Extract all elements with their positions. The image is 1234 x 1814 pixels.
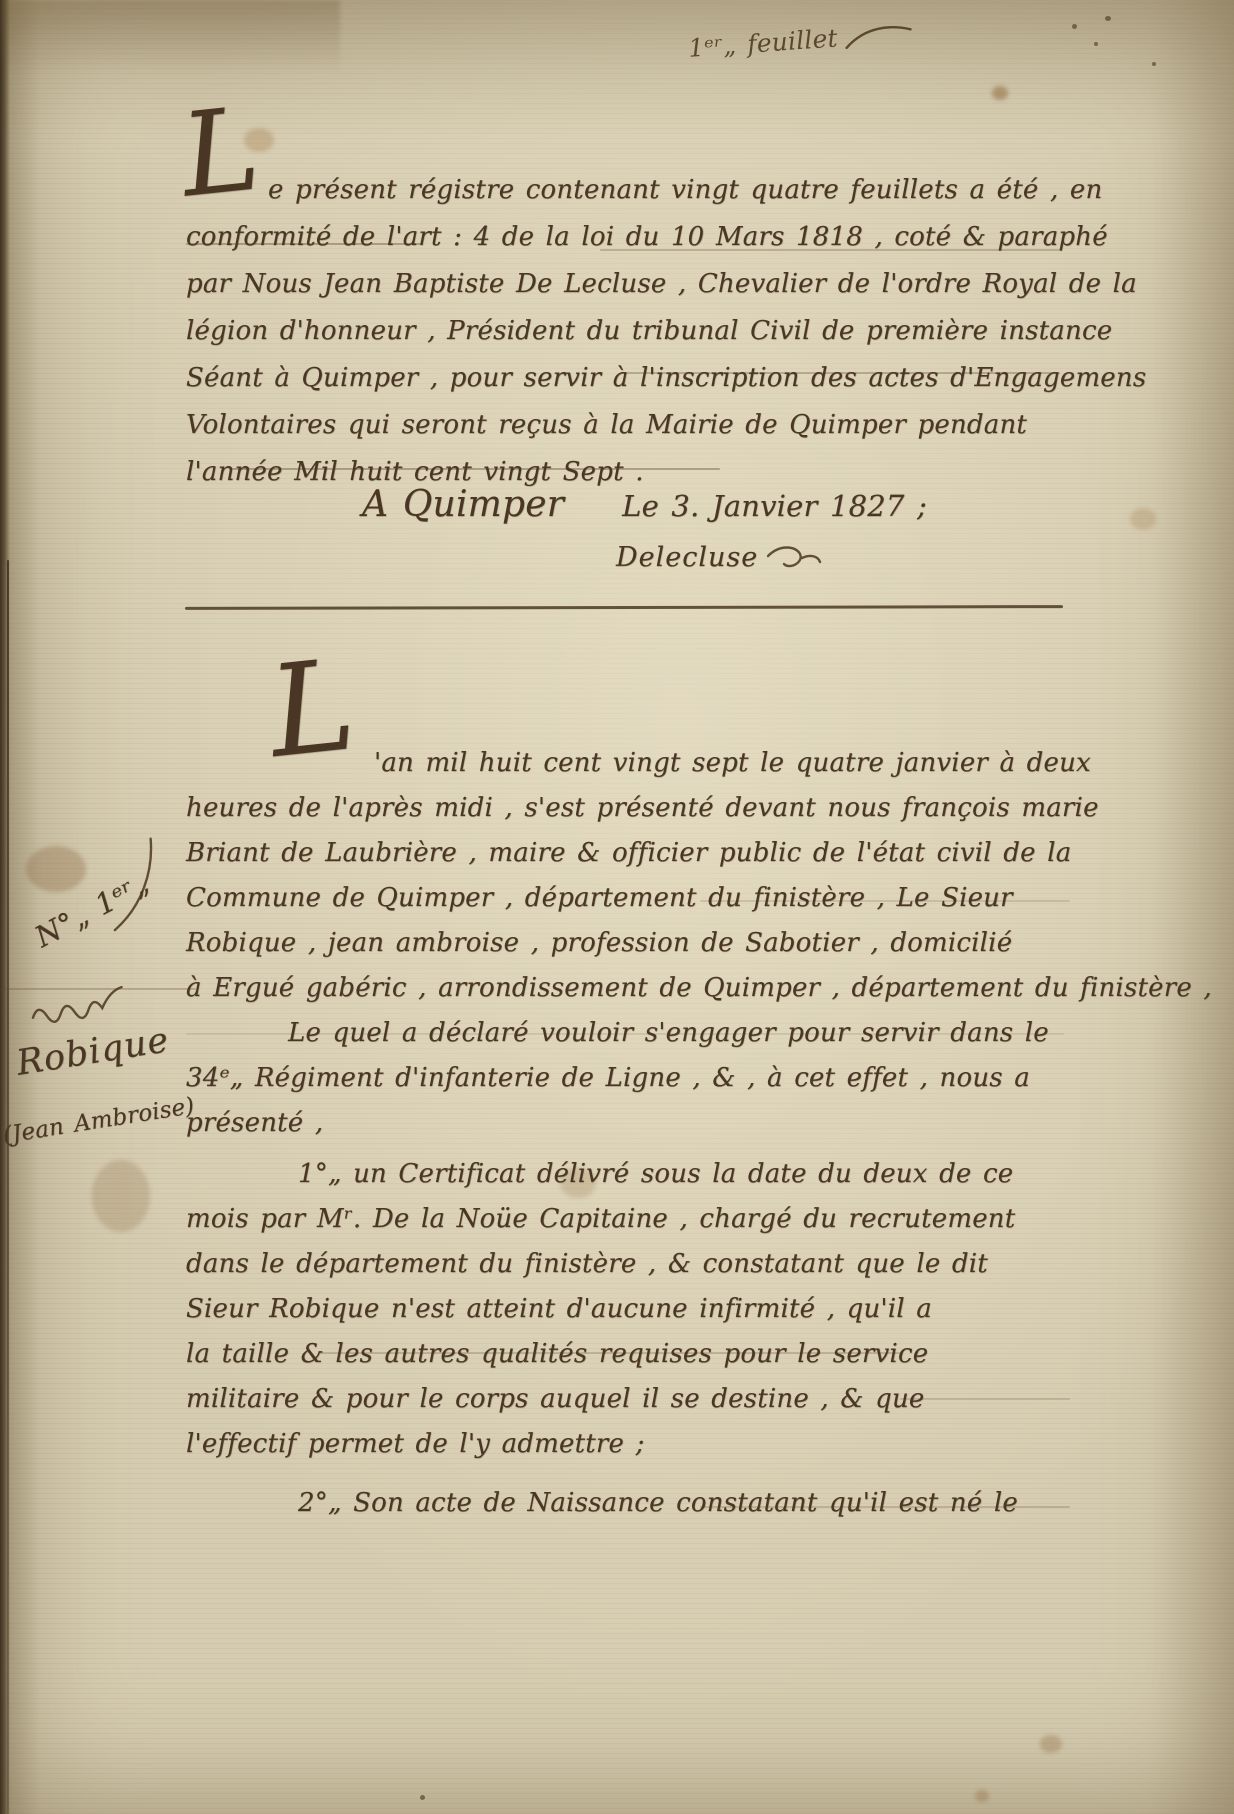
margin-entry-forename: (Jean Ambroise) [1, 1093, 196, 1149]
manuscript-line: par Nous Jean Baptiste De Lecluse , Chev… [186, 262, 1146, 309]
paper-speck [1105, 16, 1111, 21]
paper-speck [420, 1795, 425, 1800]
manuscript-line: 2°„ Son acte de Naissance constatant qu'… [186, 1482, 1212, 1527]
manuscript-line: Le quel a déclaré vouloir s'engager pour… [186, 1012, 1212, 1057]
paper-stain [92, 1160, 150, 1232]
signature-paraph-icon [766, 540, 822, 574]
paper-speck [1152, 62, 1156, 66]
manuscript-line: mois par Mʳ. De la Noüe Capitaine , char… [186, 1198, 1212, 1243]
folio-swash-icon [843, 21, 915, 52]
paper-stain [992, 86, 1008, 100]
manuscript-line: 1°„ un Certificat délivré sous la date d… [186, 1153, 1212, 1198]
manuscript-line: Séant à Quimper , pour servir à l'inscri… [186, 356, 1146, 403]
dateline: A Quimper Le 3. Janvier 1827 ; [362, 484, 927, 525]
paper-speck [1094, 42, 1098, 46]
folio-label-text: 1ᵉʳ„ feuillet [687, 23, 838, 62]
manuscript-line: la taille & les autres qualités requises… [186, 1333, 1212, 1378]
manuscript-line: à Ergué gabéric , arrondissement de Quim… [186, 967, 1212, 1012]
act-paragraph: L 'an mil huit cent vingt sept le quatre… [186, 742, 1212, 1527]
certification-paragraph: L e présent régistre contenant vingt qua… [186, 168, 1146, 497]
paper-stain [975, 1790, 989, 1802]
manuscript-line: dans le département du finistère , & con… [186, 1243, 1212, 1288]
manuscript-line: conformité de l'art : 4 de la loi du 10 … [186, 215, 1146, 262]
manuscript-page: 1ᵉʳ„ feuillet L e présent régistre conte… [0, 0, 1234, 1814]
manuscript-line: Sieur Robique n'est atteint d'aucune inf… [186, 1288, 1212, 1333]
paper-stain [0, 0, 340, 72]
manuscript-line: heures de l'après midi , s'est présenté … [186, 787, 1212, 832]
manuscript-line: légion d'honneur , Président du tribunal… [186, 309, 1146, 356]
manuscript-line: Briant de Laubrière , maire & officier p… [186, 832, 1212, 877]
dateline-date: Le 3. Janvier 1827 ; [622, 489, 927, 523]
manuscript-line: présenté , [186, 1102, 1212, 1147]
manuscript-line: Robique , jean ambroise , profession de … [186, 922, 1212, 967]
paper-stain [1130, 508, 1156, 530]
paper-stain [1040, 1735, 1062, 1753]
signature: Delecluse [616, 542, 758, 573]
signature-row: Delecluse [616, 540, 822, 574]
manuscript-line: Commune de Quimper , département du fini… [186, 877, 1212, 922]
dateline-place: A Quimper [362, 484, 564, 525]
manuscript-line: 'an mil huit cent vingt sept le quatre j… [186, 742, 1212, 787]
paper-stain [26, 846, 86, 892]
manuscript-line: militaire & pour le corps auquel il se d… [186, 1378, 1212, 1423]
manuscript-line: e présent régistre contenant vingt quatr… [186, 168, 1146, 215]
section-divider [185, 605, 1063, 610]
manuscript-line: l'effectif permet de l'y admettre ; [186, 1423, 1212, 1468]
page-binding-crease [7, 560, 9, 1814]
manuscript-line: 34ᵉ„ Régiment d'infanterie de Ligne , & … [186, 1057, 1212, 1102]
folio-label: 1ᵉʳ„ feuillet [687, 18, 914, 63]
paper-speck [1072, 24, 1077, 29]
manuscript-line: Volontaires qui seront reçus à la Mairie… [186, 403, 1146, 450]
